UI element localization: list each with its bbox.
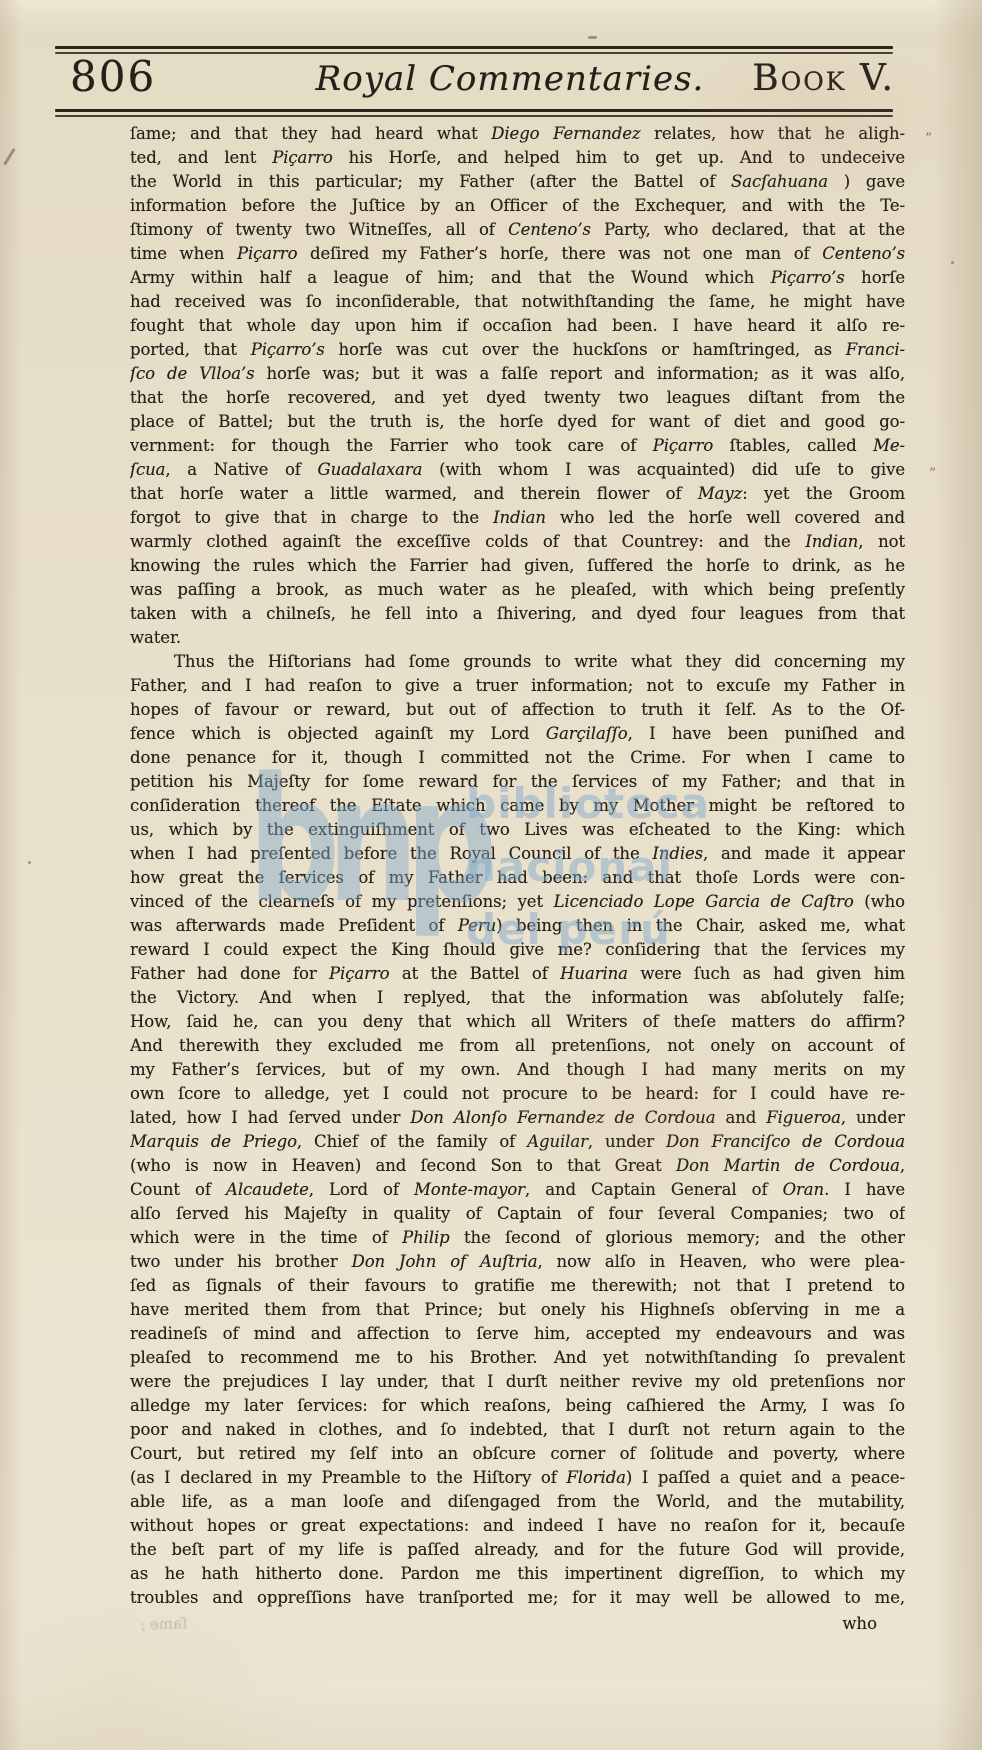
text-line: ſed as ſignals of their favours to grati… xyxy=(130,1274,905,1298)
text-line: ſame; and that they had heard what Diego… xyxy=(130,122,905,146)
text-line: the beſt part of my life is paſſed alrea… xyxy=(130,1538,905,1562)
text-line: Father, and I had reaſon to give a truer… xyxy=(130,674,905,698)
text-line: petition his Majeſty for ſome reward for… xyxy=(130,770,905,794)
header-rule-bottom-thick xyxy=(55,109,893,112)
text-line: vinced of the clearneſs of my pretenſion… xyxy=(130,890,905,914)
text-line: reward I could expect the King ſhould gi… xyxy=(130,938,905,962)
text-line: when I had preſented before the Royal Co… xyxy=(130,842,905,866)
text-line: that horſe water a little warmed, and th… xyxy=(130,482,905,506)
text-line: pleaſed to recommend me to his Brother. … xyxy=(130,1346,905,1370)
page-number: 806 xyxy=(70,56,156,98)
ink-speck xyxy=(951,261,954,264)
text-line: And therewith they excluded me from all … xyxy=(130,1034,905,1058)
text-line: (as I declared in my Preamble to the Hiſ… xyxy=(130,1466,905,1490)
text-line: conſideration thereof the Eſtate which c… xyxy=(130,794,905,818)
ink-speck xyxy=(588,36,597,39)
text-line: the World in this particular; my Father … xyxy=(130,170,905,194)
text-line: have merited them from that Prince; but … xyxy=(130,1298,905,1322)
text-line: able life, as a man looſe and diſengaged… xyxy=(130,1490,905,1514)
text-line: How, ſaid he, can you deny that which al… xyxy=(130,1010,905,1034)
text-line: time when Piçarro deſired my Father’s ho… xyxy=(130,242,905,266)
text-line: were the prejudices I lay under, that I … xyxy=(130,1370,905,1394)
book-page: 806 Royal Commentaries. Book V. ſame; an… xyxy=(0,0,982,1750)
ink-speck xyxy=(28,861,31,864)
catchword: who xyxy=(130,1612,877,1636)
text-line: that the horſe recovered, and yet dyed t… xyxy=(130,386,905,410)
text-line: without hopes or great expectations: and… xyxy=(130,1514,905,1538)
text-line: fence which is objected againſt my Lord … xyxy=(130,722,905,746)
book-label: Book V. xyxy=(752,61,895,97)
text-line: ſtimony of twenty two Witneſſes, all of … xyxy=(130,218,905,242)
text-line: the Victory. And when I replyed, that th… xyxy=(130,986,905,1010)
text-line: Thus the Hiſtorians had ſome grounds to … xyxy=(130,650,905,674)
text-line: my Father’s ſervices, but of my own. And… xyxy=(130,1058,905,1082)
text-line: was paſſing a brook, as much water as he… xyxy=(130,578,905,602)
text-line: was afterwards made Preſident of Peru) b… xyxy=(130,914,905,938)
text-line: which were in the time of Philip the ſec… xyxy=(130,1226,905,1250)
text-line: forgot to give that in charge to the Ind… xyxy=(130,506,905,530)
text-line: ſcua, a Native of Guadalaxara (with whom… xyxy=(130,458,905,482)
text-line: knowing the rules which the Farrier had … xyxy=(130,554,905,578)
text-line: Army within half a league of him; and th… xyxy=(130,266,905,290)
running-title: Royal Commentaries. xyxy=(316,62,705,96)
text-line: how great the ſervices of my Father had … xyxy=(130,866,905,890)
text-line: ported, that Piçarro’s horſe was cut ove… xyxy=(130,338,905,362)
text-line: troubles and oppreſſions have tranſporte… xyxy=(130,1586,905,1610)
text-line: taken with a chilneſs, he fell into a ſh… xyxy=(130,602,905,626)
text-line: water. xyxy=(130,626,905,650)
text-line: fought that whole day upon him if occaſi… xyxy=(130,314,905,338)
margin-mark: ” xyxy=(929,466,936,482)
text-line: Court, but retired my ſelf into an obſcu… xyxy=(130,1442,905,1466)
header-rule-top-thin xyxy=(55,52,893,54)
text-line: us, which by the extinguiſhment of two L… xyxy=(130,818,905,842)
text-line: as he hath hitherto done. Pardon me this… xyxy=(130,1562,905,1586)
header-rule-bottom-thin xyxy=(55,115,893,117)
text-line: done penance for it, though I committed … xyxy=(130,746,905,770)
text-line: two under his brother Don John of Auſtri… xyxy=(130,1250,905,1274)
text-line: hopes of favour or reward, but out of af… xyxy=(130,698,905,722)
text-line: alledge my later ſervices: for which rea… xyxy=(130,1394,905,1418)
text-line: alſo ſerved his Majeſty in quality of Ca… xyxy=(130,1202,905,1226)
text-line: ted, and lent Piçarro his Horſe, and hel… xyxy=(130,146,905,170)
text-line: vernment: for though the Farrier who too… xyxy=(130,434,905,458)
text-line: lated, how I had ſerved under Don Alonſo… xyxy=(130,1106,905,1130)
text-line: warmly clothed againſt the exceſſive col… xyxy=(130,530,905,554)
text-line: Marquis de Priego, Chief of the family o… xyxy=(130,1130,905,1154)
text-line: Father had done for Piçarro at the Batte… xyxy=(130,962,905,986)
text-line: (who is now in Heaven) and ſecond Son to… xyxy=(130,1154,905,1178)
text-line: had received was ſo inconſiderable, that… xyxy=(130,290,905,314)
body-text: ſame; and that they had heard what Diego… xyxy=(130,122,905,1610)
text-line: ſco de Vlloa’s horſe was; but it was a f… xyxy=(130,362,905,386)
text-line: Count of Alcaudete, Lord of Monte-mayor,… xyxy=(130,1178,905,1202)
text-line: information before the Juſtice by an Off… xyxy=(130,194,905,218)
ink-speck xyxy=(3,148,15,165)
margin-mark: ” xyxy=(925,131,932,147)
text-line: poor and naked in clothes, and ſo indebt… xyxy=(130,1418,905,1442)
text-line: own ſcore to alledge, yet I could not pr… xyxy=(130,1082,905,1106)
header-rule-top-thick xyxy=(55,46,893,49)
text-line: place of Battel; but the truth is, the h… xyxy=(130,410,905,434)
text-line: readineſs of mind and affection to ſerve… xyxy=(130,1322,905,1346)
